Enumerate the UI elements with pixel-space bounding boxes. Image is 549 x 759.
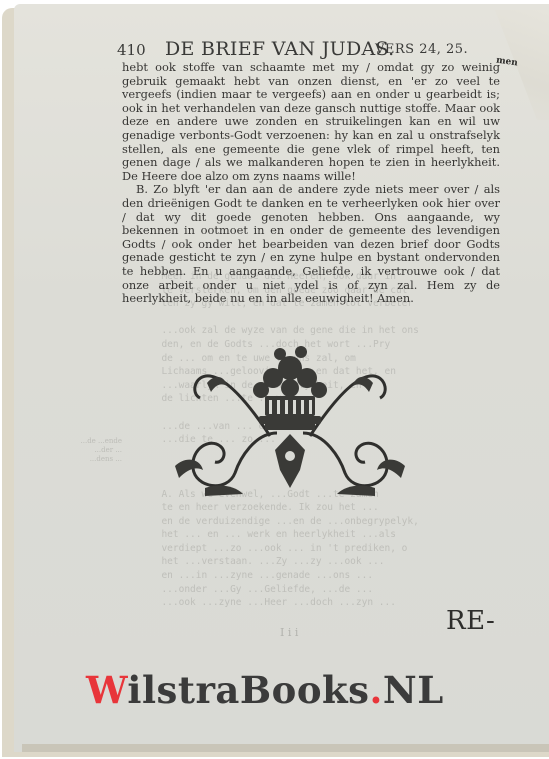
page-number: 410 bbox=[117, 41, 146, 59]
woodcut-ornament-icon bbox=[165, 338, 415, 500]
page-bottom-edge bbox=[22, 744, 549, 752]
signature-mark: I i i bbox=[280, 626, 298, 639]
watermark-suffix: NL bbox=[383, 668, 444, 712]
running-title: DE BRIEF VAN JUDAS. bbox=[165, 38, 395, 60]
paragraph: hebt ook stoffe van schaamte met my / om… bbox=[122, 61, 500, 183]
body-text: hebt ook stoffe van schaamte met my / om… bbox=[122, 61, 500, 306]
wilstrabooks-watermark: WilstraBooks.NL bbox=[86, 668, 444, 712]
paragraph: B. Zo blyft 'er dan aan de andere zyde n… bbox=[122, 183, 500, 305]
running-header: 410 DE BRIEF VAN JUDAS. VERS 24, 25. bbox=[117, 38, 517, 60]
catchword: RE- bbox=[446, 606, 495, 636]
show-through-margin-note: ...de ...ende...der ......dens ... bbox=[62, 437, 122, 464]
watermark-name: ilstraBooks bbox=[127, 668, 369, 712]
verse-reference: VERS 24, 25. bbox=[375, 42, 468, 57]
watermark-dot: . bbox=[370, 668, 383, 712]
watermark-first-letter: W bbox=[86, 668, 127, 712]
